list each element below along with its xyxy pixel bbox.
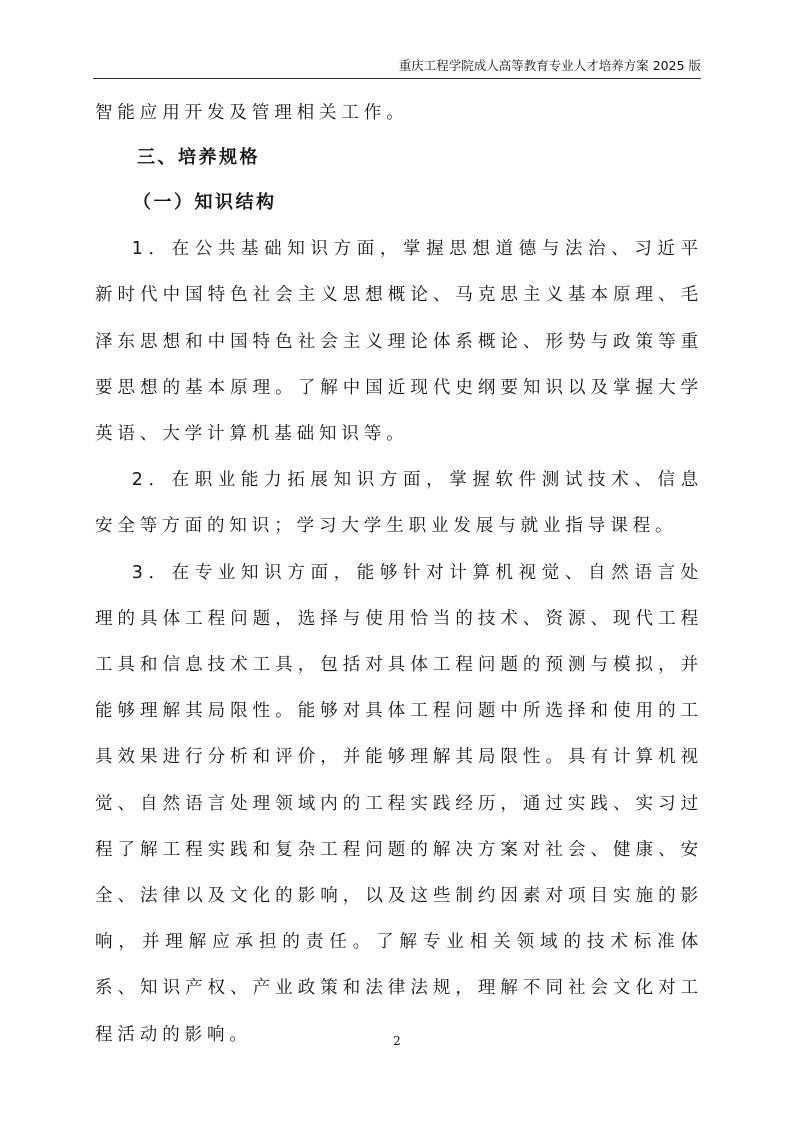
page-number: 2 bbox=[0, 1034, 794, 1048]
paragraph-professional-knowledge: 3．在专业知识方面，能够针对计算机视觉、自然语言处理的具体工程问题，选择与使用恰… bbox=[95, 550, 703, 1058]
paragraph-career-knowledge: 2．在职业能力拓展知识方面，掌握软件测试技术、信息安全等方面的知识；学习大学生职… bbox=[95, 457, 703, 549]
paragraph-public-knowledge: 1．在公共基础知识方面，掌握思想道德与法治、习近平新时代中国特色社会主义思想概论… bbox=[95, 226, 703, 457]
page-header: 重庆工程学院成人高等教育专业人才培养方案 2025 版 bbox=[93, 56, 701, 79]
subsection-heading: （一）知识结构 bbox=[95, 180, 703, 226]
continuation-paragraph: 智能应用开发及管理相关工作。 bbox=[95, 90, 703, 136]
section-heading: 三、培养规格 bbox=[95, 136, 703, 180]
document-body: 智能应用开发及管理相关工作。 三、培养规格 （一）知识结构 1．在公共基础知识方… bbox=[95, 90, 703, 1058]
document-title: 重庆工程学院成人高等教育专业人才培养方案 2025 版 bbox=[399, 58, 701, 73]
